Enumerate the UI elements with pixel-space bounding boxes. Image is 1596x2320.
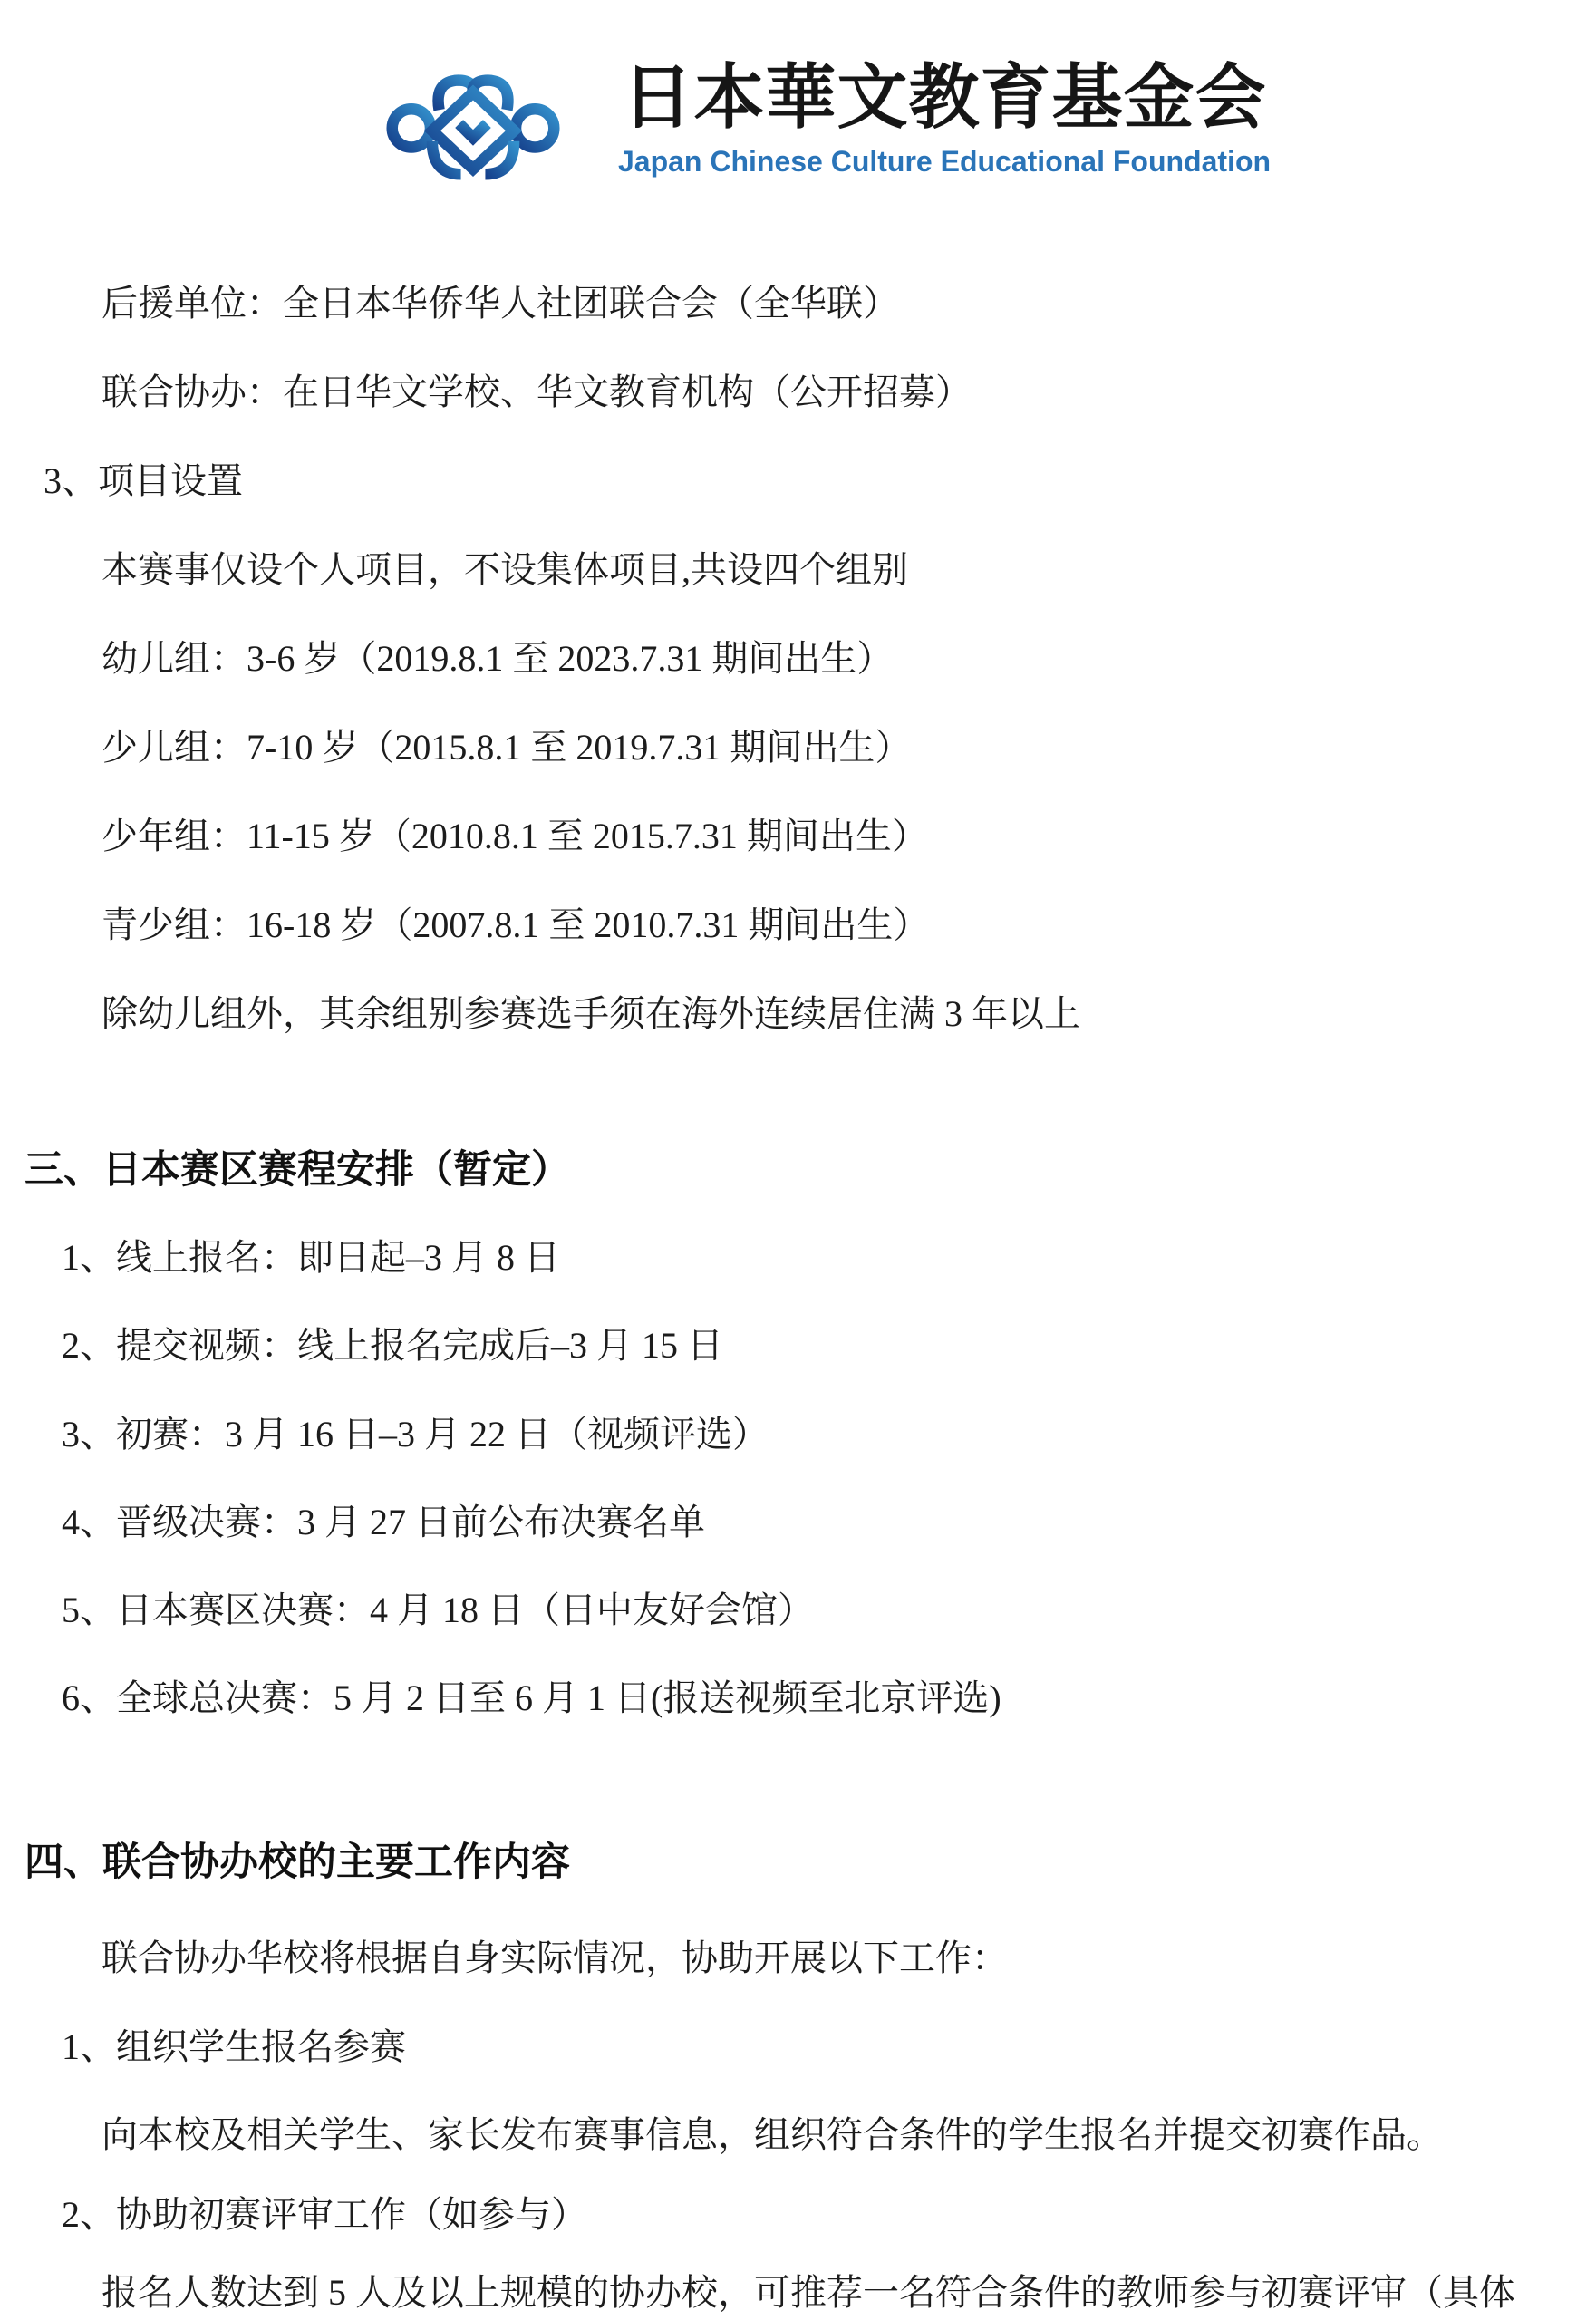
task2-detail-line: 报名人数达到 5 人及以上规模的协办校，可推荐一名符合条件的教师参与初赛评审（具… <box>102 2272 1515 2314</box>
schedule-item-japan-final: 5、日本赛区决赛：4 月 18 日（日中友好会馆） <box>62 1590 814 1631</box>
residency-note-line: 除幼儿组外，其余组别参赛选手须在海外连续居住满 3 年以上 <box>102 993 1080 1035</box>
group-line-juvenile: 少年组：11-15 岁（2010.8.1 至 2015.7.31 期间出生） <box>102 816 928 857</box>
cohost-intro-line: 联合协办华校将根据自身实际情况，协助开展以下工作： <box>102 1938 1008 1979</box>
project-setup-heading: 3、项目设置 <box>44 460 243 502</box>
logo-text-block: 日本華文教育基金会 Japan Chinese Culture Educatio… <box>600 47 1289 176</box>
schedule-item-finalists: 4、晋级决赛：3 月 27 日前公布决赛名单 <box>62 1502 705 1543</box>
schedule-section-heading: 三、日本赛区赛程安排（暂定） <box>24 1149 570 1191</box>
schedule-item-global-final: 6、全球总决赛：5 月 2 日至 6 月 1 日(报送视频至北京评选) <box>62 1677 1001 1719</box>
co-organizer-line: 联合协办：在日华文学校、华文教育机构（公开招募） <box>102 372 972 413</box>
document-page: 日本華文教育基金会 Japan Chinese Culture Educatio… <box>0 0 1596 2320</box>
group-line-children: 少儿组：7-10 岁（2015.8.1 至 2019.7.31 期间出生） <box>102 727 911 768</box>
project-intro-line: 本赛事仅设个人项目，不设集体项目,共设四个组别 <box>102 549 908 591</box>
schedule-item-video-submission: 2、提交视频：线上报名完成后–3 月 15 日 <box>62 1325 723 1367</box>
foundation-logo: 日本華文教育基金会 Japan Chinese Culture Educatio… <box>386 47 1289 225</box>
support-unit-line: 后援单位：全日本华侨华人社团联合会（全华联） <box>102 283 899 324</box>
task2-title-line: 2、协助初赛评审工作（如参与） <box>62 2194 587 2236</box>
schedule-item-registration: 1、线上报名：即日起–3 月 8 日 <box>62 1237 560 1279</box>
logo-subtitle: Japan Chinese Culture Educational Founda… <box>600 147 1289 176</box>
cohost-section-heading: 四、联合协办校的主要工作内容 <box>24 1841 570 1883</box>
logo-title: 日本華文教育基金会 <box>600 47 1289 132</box>
task1-title-line: 1、组织学生报名参赛 <box>62 2026 406 2068</box>
group-line-youth: 青少组：16-18 岁（2007.8.1 至 2010.7.31 期间出生） <box>102 904 929 946</box>
task1-detail-line: 向本校及相关学生、家长发布赛事信息，组织符合条件的学生报名并提交初赛作品。 <box>102 2114 1443 2156</box>
group-line-toddler: 幼儿组：3-6 岁（2019.8.1 至 2023.7.31 期间出生） <box>102 638 893 680</box>
schedule-item-preliminary: 3、初赛：3 月 16 日–3 月 22 日（视频评选） <box>62 1414 769 1455</box>
chinese-knot-emblem-icon <box>386 47 560 225</box>
